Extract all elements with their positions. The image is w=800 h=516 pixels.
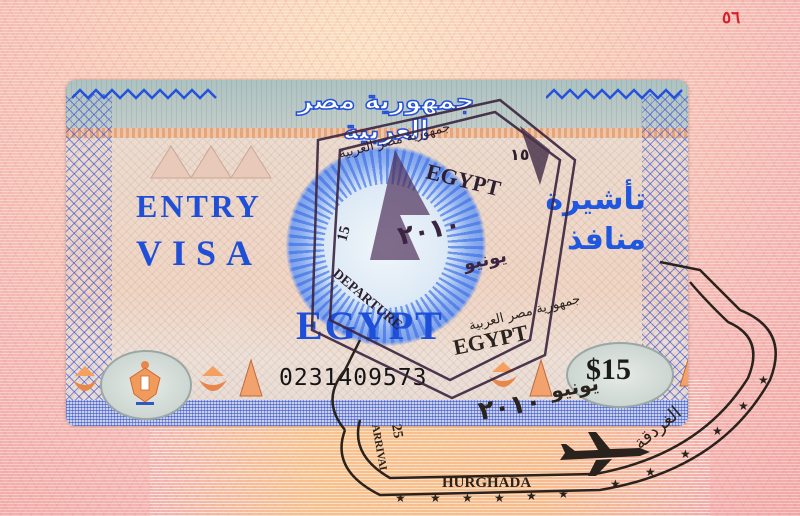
- svg-text:★: ★: [738, 399, 749, 413]
- arabic-visa-word: تأشيرة: [496, 180, 646, 220]
- pyramid-watermark-icon: [146, 140, 276, 180]
- visa-arabic-header: جمهورية مصر العربية: [256, 86, 516, 146]
- svg-text:★: ★: [712, 424, 723, 438]
- visa-serial-number: 0231409573: [279, 365, 427, 391]
- visa-label: VISA: [136, 232, 262, 274]
- papyrus-ornament-icon: [526, 358, 556, 400]
- eagle-emblem-icon: [128, 358, 162, 408]
- svg-text:★: ★: [758, 373, 769, 387]
- lotus-ornament-icon: [486, 358, 520, 398]
- country-label: EGYPT: [296, 302, 444, 349]
- papyrus-ornament-icon: [236, 358, 266, 400]
- arabic-ports-word: منافذ: [496, 220, 646, 260]
- page-number: ٥٦: [722, 8, 740, 28]
- lotus-ornament-icon: [196, 362, 230, 402]
- entry-label: ENTRY: [136, 188, 262, 225]
- visa-price: $15: [586, 353, 631, 387]
- visa-sticker: جمهورية مصر العربية ENTRY VISA EGYPT تأش…: [66, 80, 688, 426]
- papyrus-ornament-icon: [676, 348, 688, 390]
- lotus-ornament-icon: [70, 362, 100, 402]
- arabic-visa-label: تأشيرة منافذ: [496, 180, 646, 260]
- rosette-center: [324, 184, 448, 308]
- blue-mesh-left: [66, 94, 112, 404]
